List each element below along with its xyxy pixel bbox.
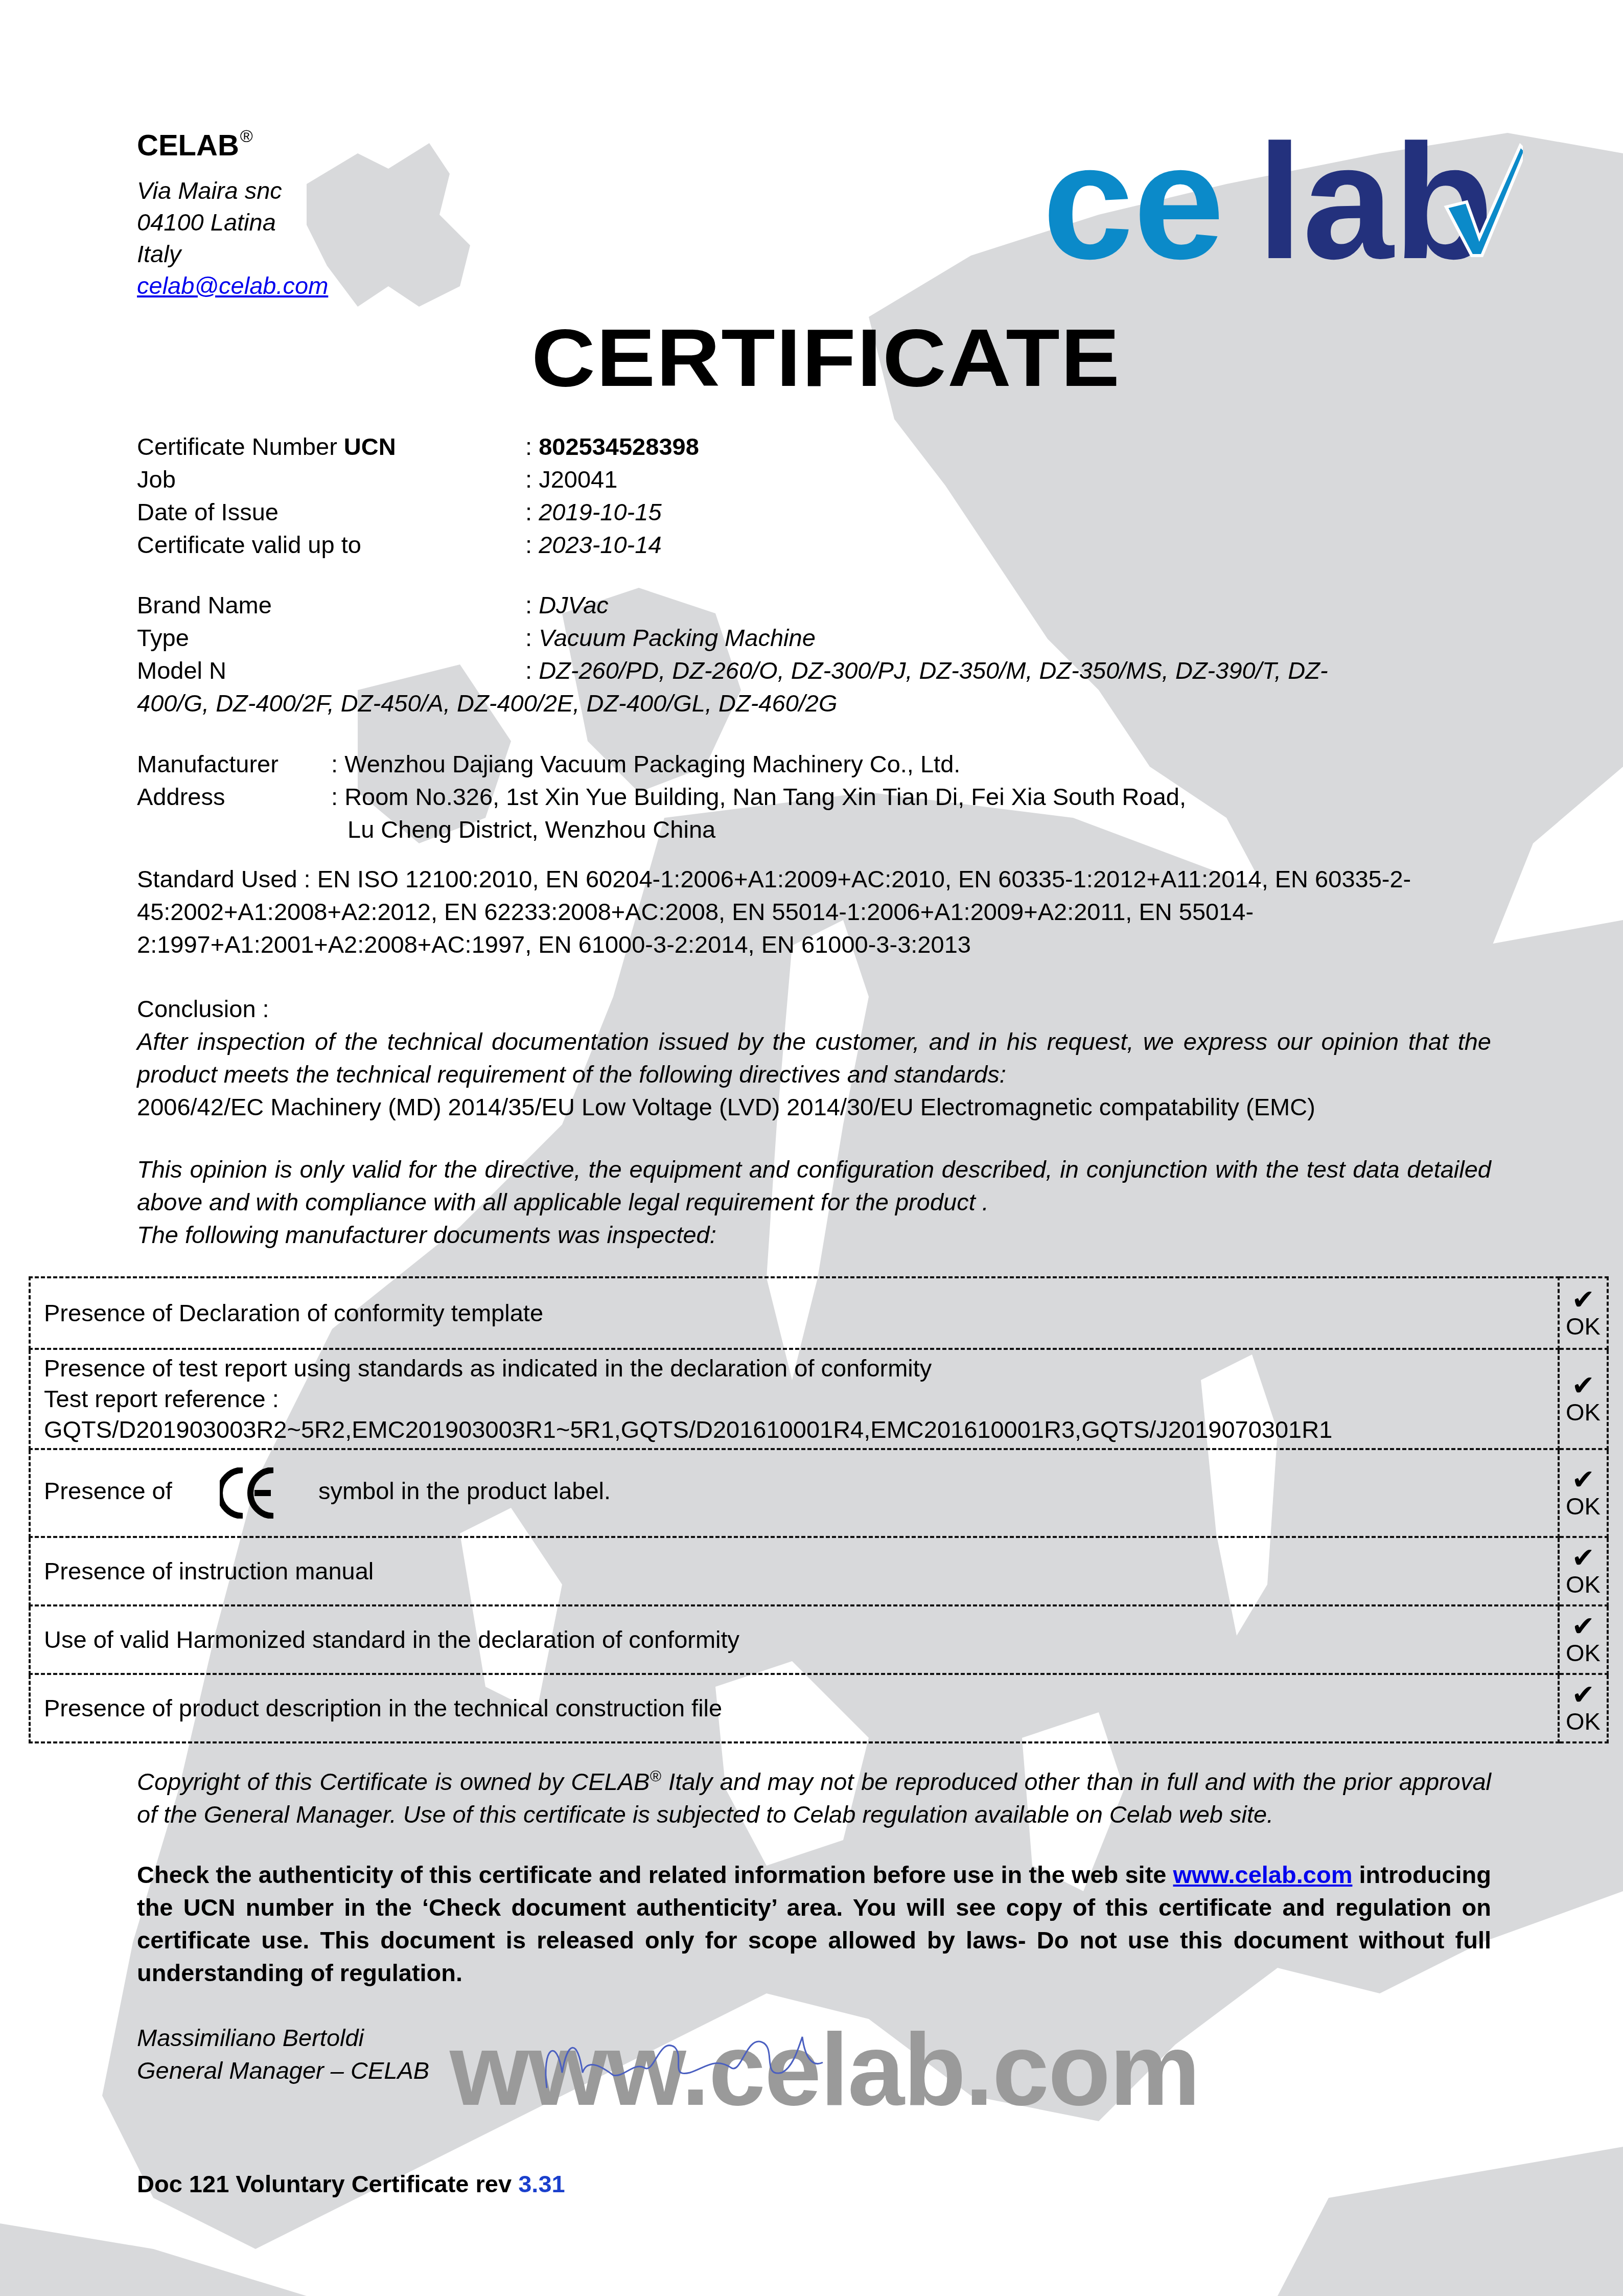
table-row: Presence of product description in the t… [30, 1674, 1608, 1742]
table-row: Use of valid Harmonized standard in the … [30, 1605, 1608, 1674]
manufacturer-name: Wenzhou Dajiang Vacuum Packaging Machine… [344, 750, 960, 777]
model-row: Model N : DZ-260/PD, DZ-260/O, DZ-300/PJ… [137, 654, 1491, 687]
checkmark-icon: ✔ [1564, 1466, 1603, 1493]
standards-used: Standard Used : EN ISO 12100:2010, EN 60… [137, 863, 1491, 961]
address-line: 04100 Latina [137, 206, 328, 238]
signatory: Massimiliano Bertoldi General Manager – … [137, 2022, 429, 2087]
product-info: Brand Name : DJVac Type : Vacuum Packing… [137, 589, 1491, 720]
validity-statement: This opinion is only valid for the direc… [137, 1153, 1491, 1219]
check-status: ✔OK [1559, 1449, 1608, 1537]
model-list: DZ-260/PD, DZ-260/O, DZ-300/PJ, DZ-350/M… [539, 657, 1328, 684]
certificate-info: Certificate Number UCN : 802534528398 Jo… [137, 430, 699, 561]
conclusion-directives: 2006/42/EC Machinery (MD) 2014/35/EU Low… [137, 1091, 1491, 1123]
celab-logo: ce lab [1042, 130, 1523, 284]
table-row: Presence of instruction manual ✔OK [30, 1537, 1608, 1605]
ce-mark-icon [220, 1467, 276, 1519]
check-description: Presence of test report using standards … [30, 1349, 1559, 1449]
brand-row: Brand Name : DJVac [137, 589, 1491, 622]
product-type: Vacuum Packing Machine [539, 624, 816, 651]
check-status: ✔OK [1559, 1349, 1608, 1449]
check-description: Presence of symbol in the product label. [30, 1449, 1559, 1537]
validity-section: This opinion is only valid for the direc… [137, 1153, 1491, 1251]
issue-date: 2019-10-15 [539, 498, 661, 525]
type-row: Type : Vacuum Packing Machine [137, 622, 1491, 654]
logo-text-ce: ce [1042, 130, 1224, 284]
handwritten-signature [537, 2027, 853, 2098]
address-row: Address : Room No.326, 1st Xin Yue Build… [137, 780, 1186, 813]
job-number: J20041 [539, 466, 617, 493]
manufacturer-address-continued: Lu Cheng District, Wenzhou China [137, 813, 1186, 846]
checkmark-icon: ✔ [1564, 1682, 1603, 1708]
model-list-continued: 400/G, DZ-400/2F, DZ-450/A, DZ-400/2E, D… [137, 690, 838, 717]
inspected-intro: The following manufacturer documents was… [137, 1219, 1491, 1251]
celab-website-link[interactable]: www.celab.com [1173, 1861, 1353, 1888]
issuer-email-link[interactable]: celab@celab.com [137, 272, 328, 299]
table-row: Presence of test report using standards … [30, 1349, 1608, 1449]
document-revision: Doc 121 Voluntary Certificate rev 3.31 [137, 2170, 565, 2198]
address-line: Italy [137, 238, 328, 270]
checkmark-icon: ✔ [1564, 1287, 1603, 1313]
manufacturer-info: Manufacturer : Wenzhou Dajiang Vacuum Pa… [137, 748, 1186, 846]
check-status: ✔OK [1559, 1277, 1608, 1349]
certificate-number: 802534528398 [539, 433, 699, 460]
valid-until-date: 2023-10-14 [539, 531, 661, 558]
revision-number: 3.31 [518, 2170, 565, 2197]
inspection-checklist: Presence of Declaration of conformity te… [29, 1276, 1609, 1743]
checkmark-icon: ✔ [1564, 1545, 1603, 1571]
check-description: Presence of Declaration of conformity te… [30, 1277, 1559, 1349]
address-line: Via Maira snc [137, 175, 328, 206]
signatory-role: General Manager – CELAB [137, 2054, 429, 2087]
test-report-references: GQTS/D201903003R2~5R2,EMC201903003R1~5R1… [44, 1414, 1544, 1445]
signatory-name: Massimiliano Bertoldi [137, 2022, 429, 2054]
checkmark-icon: ✔ [1564, 1372, 1603, 1399]
certificate-number-row: Certificate Number UCN : 802534528398 [137, 430, 699, 463]
conclusion-section: Conclusion : After inspection of the tec… [137, 993, 1491, 1123]
issuer-address: Via Maira snc 04100 Latina Italy celab@c… [137, 175, 328, 302]
check-description: Presence of product description in the t… [30, 1674, 1559, 1742]
conclusion-label: Conclusion : [137, 993, 1491, 1025]
table-row: Presence of Declaration of conformity te… [30, 1277, 1608, 1349]
copyright-notice: Copyright of this Certificate is owned b… [137, 1760, 1491, 1831]
checkmark-icon: ✔ [1564, 1613, 1603, 1640]
authenticity-notice: Check the authenticity of this certifica… [137, 1858, 1491, 1989]
check-status: ✔OK [1559, 1537, 1608, 1605]
check-status: ✔OK [1559, 1605, 1608, 1674]
check-description: Presence of instruction manual [30, 1537, 1559, 1605]
valid-until-row: Certificate valid up to : 2023-10-14 [137, 529, 699, 561]
page-title: CERTIFICATE [531, 317, 1121, 399]
registered-mark: ® [240, 127, 253, 146]
check-status: ✔OK [1559, 1674, 1608, 1742]
manufacturer-row: Manufacturer : Wenzhou Dajiang Vacuum Pa… [137, 748, 1186, 780]
manufacturer-address: Room No.326, 1st Xin Yue Building, Nan T… [344, 783, 1186, 810]
conclusion-opinion: After inspection of the technical docume… [137, 1025, 1491, 1091]
brand-name: DJVac [539, 591, 609, 618]
check-description: Use of valid Harmonized standard in the … [30, 1605, 1559, 1674]
standards-list: EN ISO 12100:2010, EN 60204-1:2006+A1:20… [137, 865, 1411, 958]
table-row: Presence of symbol in the product label.… [30, 1449, 1608, 1537]
issue-date-row: Date of Issue : 2019-10-15 [137, 496, 699, 529]
issuer-name: CELAB® [137, 128, 253, 160]
job-row: Job : J20041 [137, 463, 699, 496]
